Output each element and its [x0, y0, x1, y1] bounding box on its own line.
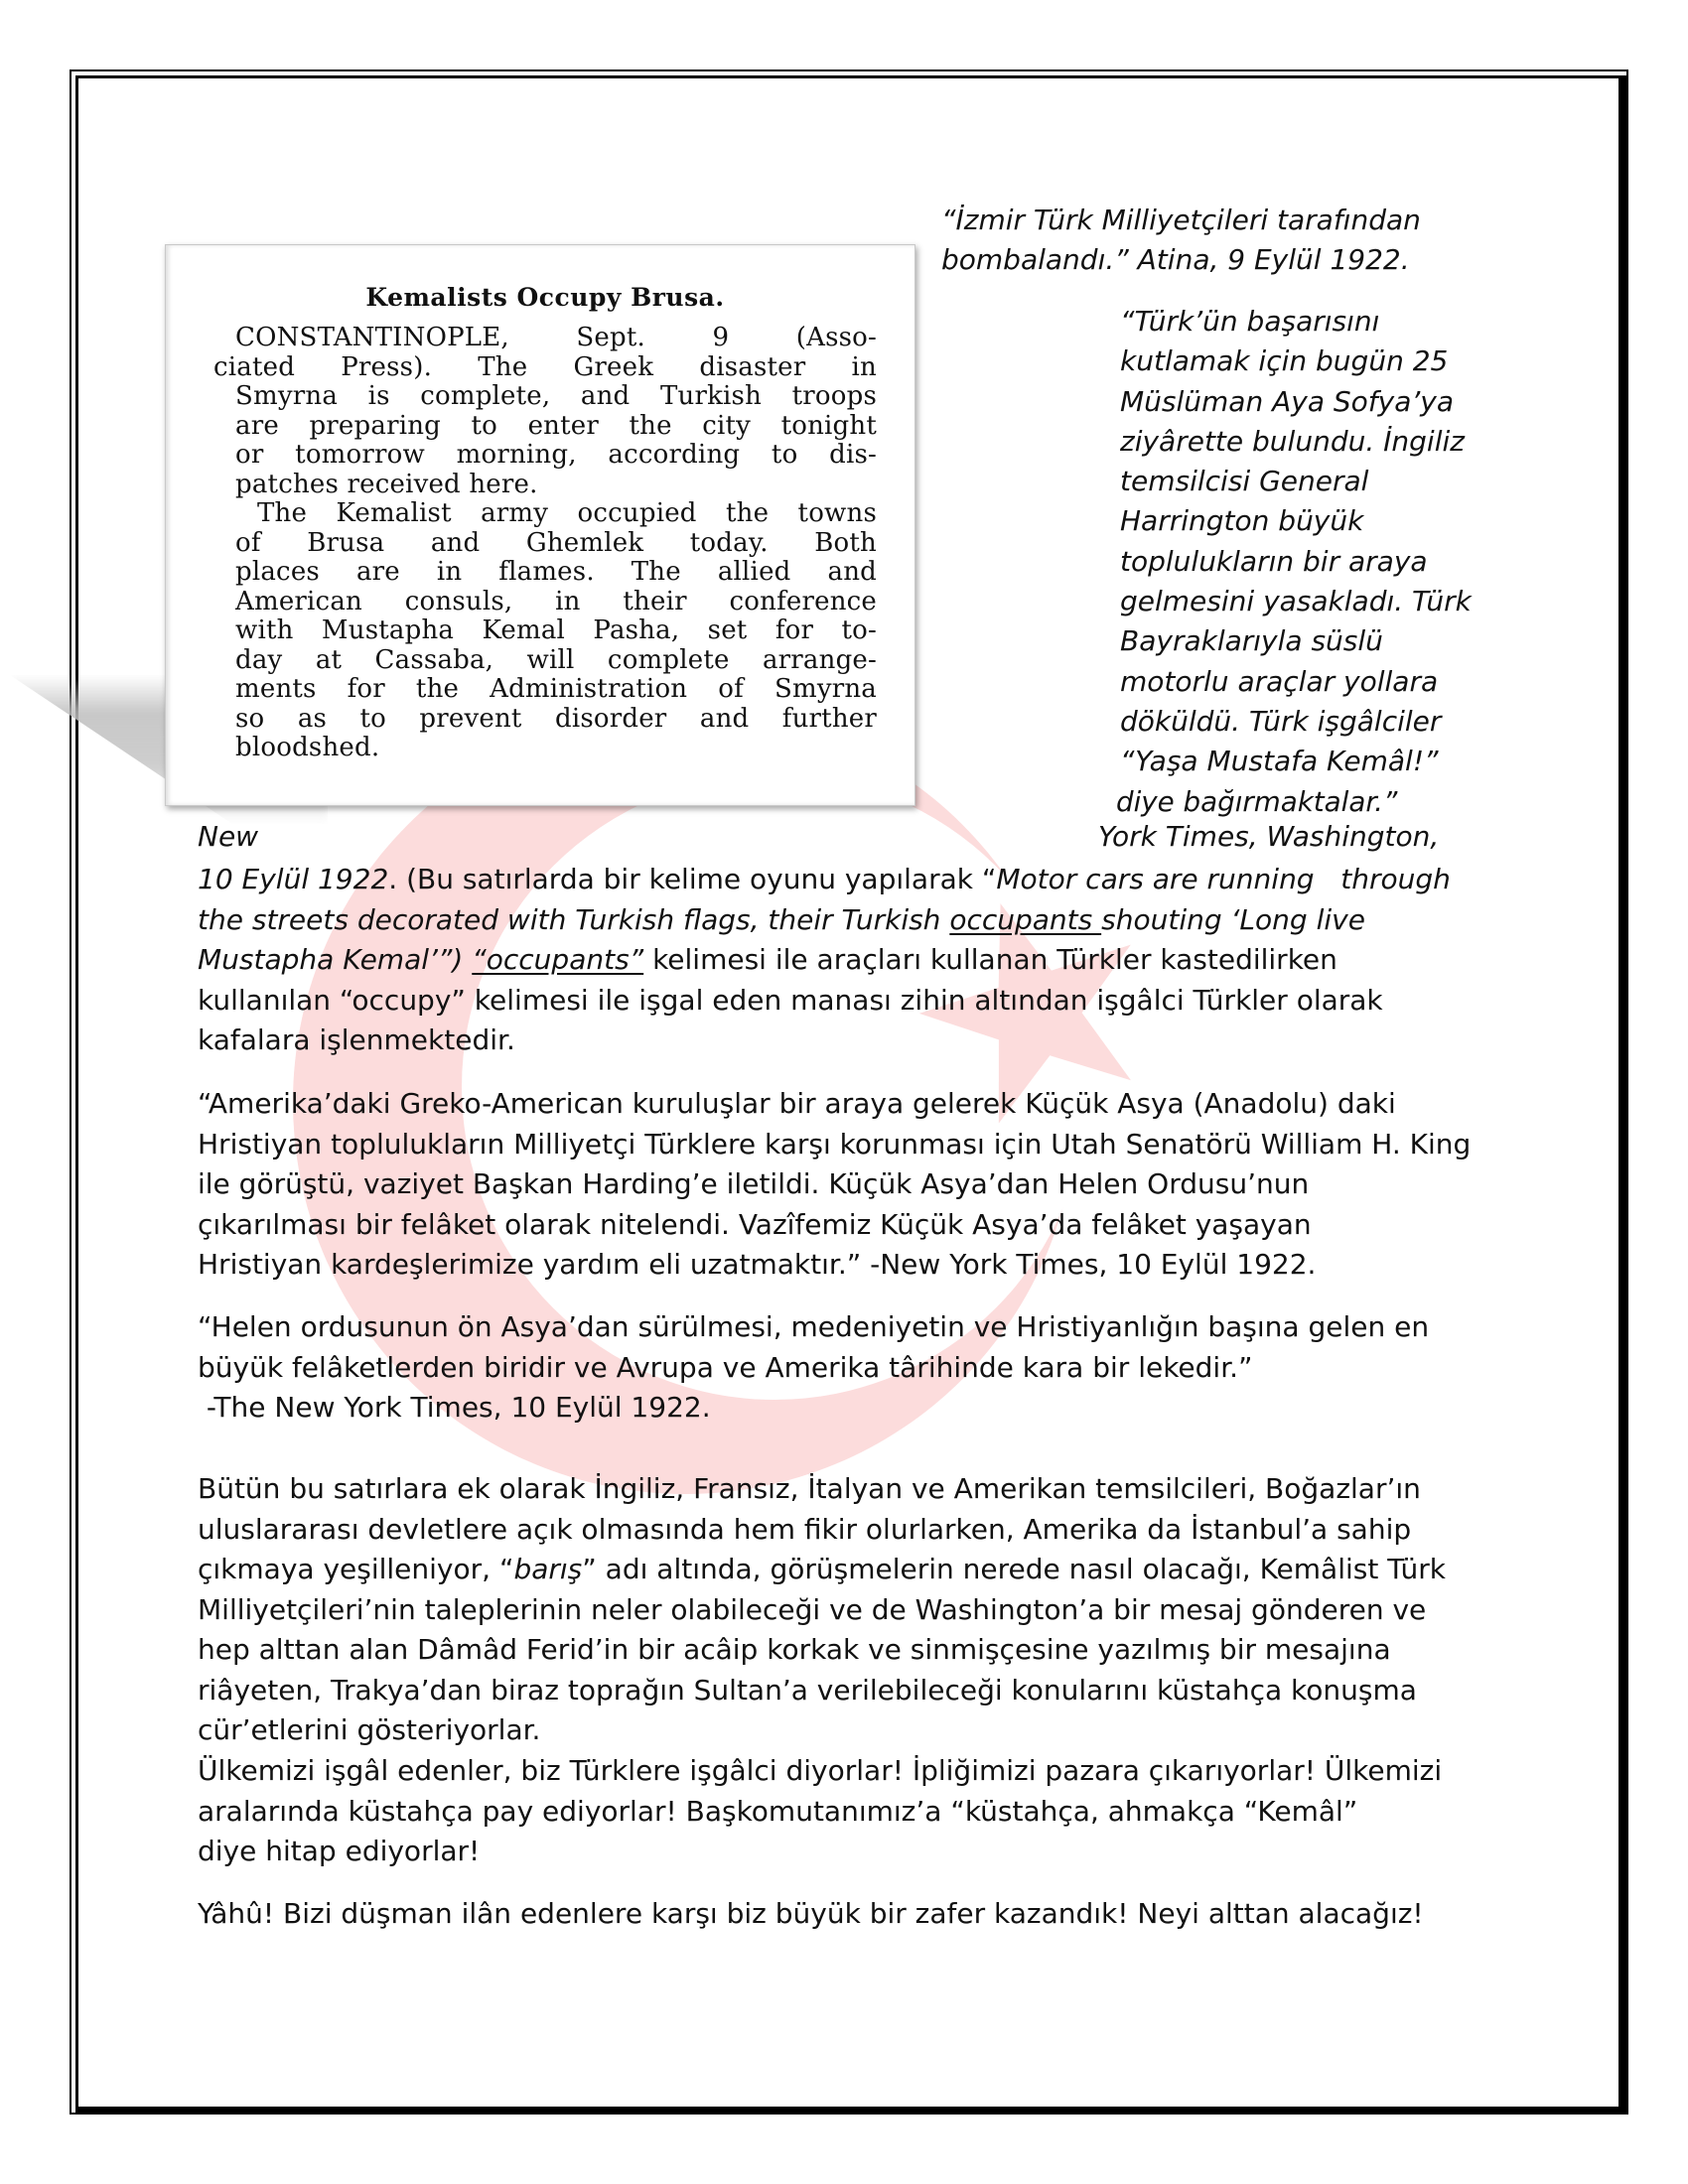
clipping-paragraph-2: The Kemalist army occupied the towns of …	[213, 499, 877, 763]
quote-istanbul: “Türk’ün başarısını kutlamak için bugün …	[1120, 302, 1497, 822]
paragraph-closing: Yâhû! Bizi düşman ilân edenlere karşı bi…	[198, 1894, 1498, 1935]
source-new: New	[198, 820, 258, 853]
clipping-body: CONSTANTINOPLE, Sept. 9 (Asso- ciated Pr…	[213, 324, 877, 763]
paragraph-greek-american: “Amerika’daki Greko-American kuruluşlar …	[198, 1084, 1498, 1286]
newspaper-clipping: Kemalists Occupy Brusa. CONSTANTINOPLE, …	[165, 244, 915, 806]
paragraph-summary: Bütün bu satırlara ek olarak İngiliz, Fr…	[198, 1469, 1498, 1751]
paragraph-helen-army: “Helen ordusunun ön Asya’dan sürülmesi, …	[198, 1307, 1498, 1429]
paragraph-occupiers: Ülkemizi işgâl edenler, biz Türklere işg…	[198, 1751, 1498, 1872]
source-york-times: York Times, Washington,	[1098, 820, 1439, 853]
paragraph-wordplay: 10 Eylül 1922. (Bu satırlarda bir kelime…	[198, 860, 1498, 1061]
clipping-headline: Kemalists Occupy Brusa.	[213, 283, 877, 312]
quote-athens: “İzmir Türk Milliyetçileri tarafından bo…	[941, 201, 1497, 280]
clipping-paragraph-1: CONSTANTINOPLE, Sept. 9 (Asso- ciated Pr…	[213, 324, 877, 499]
